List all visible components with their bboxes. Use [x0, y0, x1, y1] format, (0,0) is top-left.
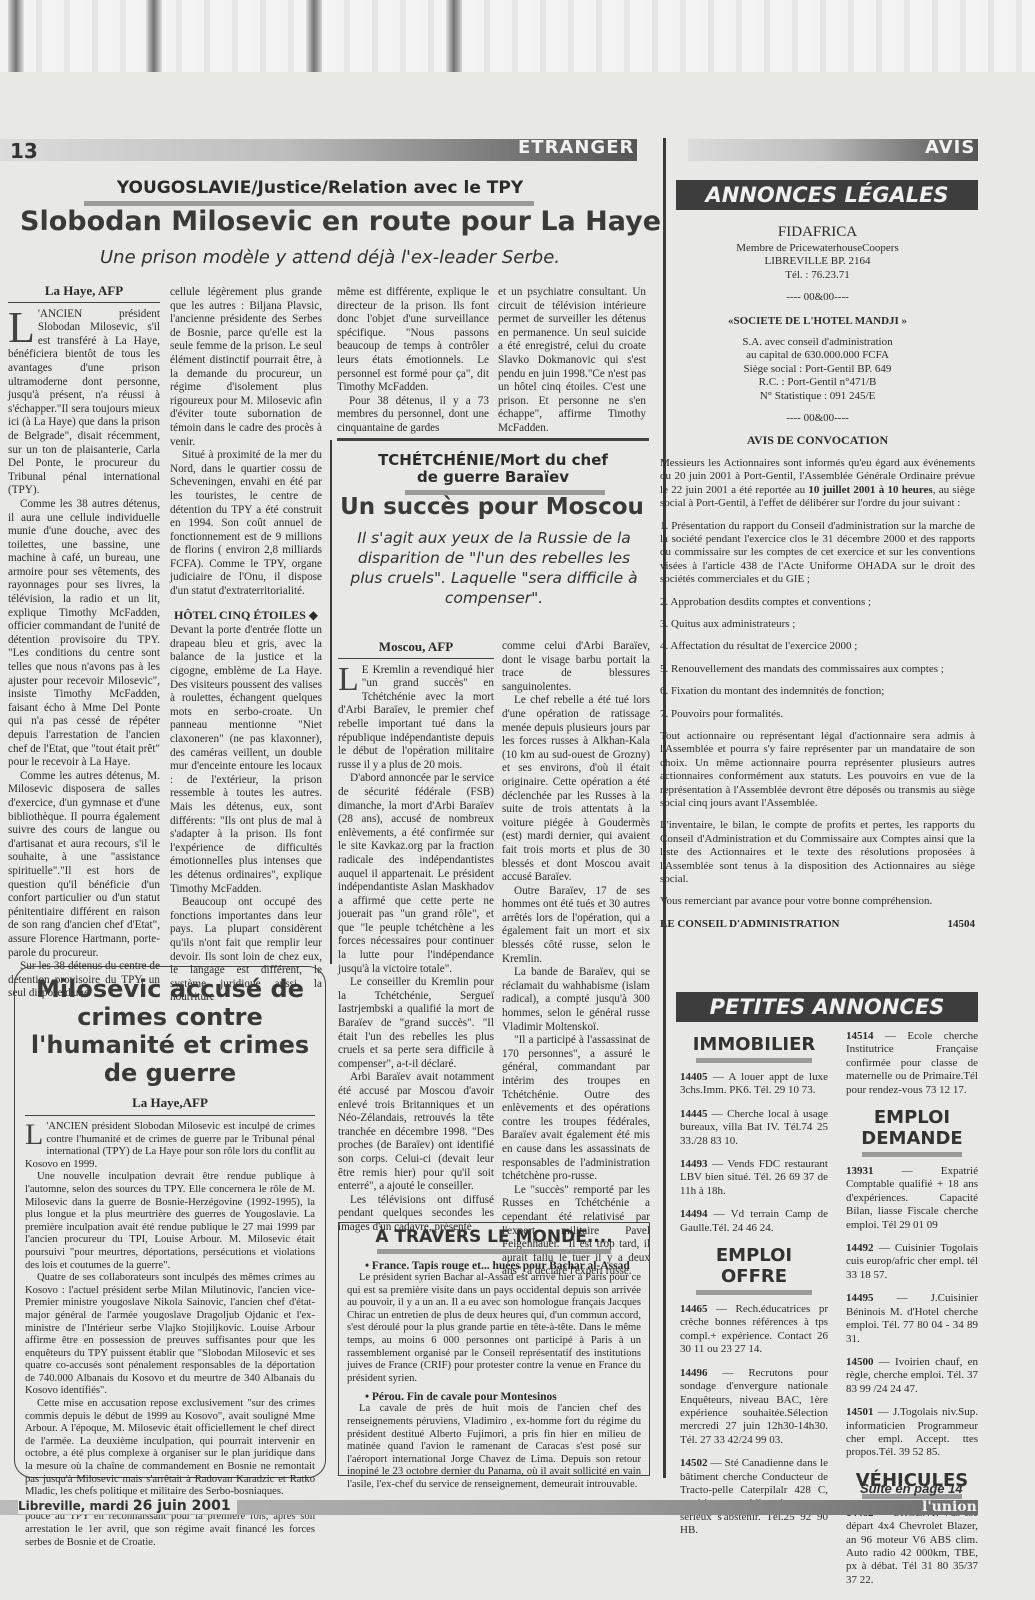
paragraph: Le chef rebelle a été tué lors d'une opé…: [502, 694, 650, 884]
column-divider: [330, 440, 332, 964]
legal-banner: ANNONCES LÉGALES: [676, 180, 978, 210]
world-brief-item: • Pérou. Fin de cavale pour Montesinos L…: [347, 1391, 641, 1491]
ad-ref: 14495: [846, 1292, 874, 1304]
chechnya-headline: Un succès pour Moscou: [336, 494, 648, 520]
article-headline: Slobodan Milosevic en route pour La Haye: [20, 206, 640, 237]
firm-line: LIBREVILLE BP. 2164: [660, 255, 975, 268]
classified-ad: 14502 — Sté Canadienne dans le bâtiment …: [680, 1457, 828, 1537]
chechnya-column-1: Moscou, AFP L E Kremlin a revendiqué hie…: [338, 640, 494, 1235]
section-title: ETRANGER: [518, 137, 634, 158]
company-name: «SOCIETE DE L'HOTEL MANDJI »: [660, 315, 975, 328]
ad-ref: 14493: [680, 1158, 708, 1170]
classified-ad: 14465 — Rech.éducatrices pr crèche bonne…: [680, 1303, 828, 1357]
ad-ref: 13931: [846, 1165, 874, 1177]
category-underline: [862, 1152, 962, 1157]
paragraph: Cette mise en accusation repose exclusiv…: [25, 1398, 315, 1499]
paragraph: La bande de Baraïev, qui se réclamait du…: [502, 966, 650, 1034]
firm-name: FIDAFRICA: [660, 222, 975, 242]
chechnya-kicker: TCHÉTCHÉNIE/Mort du chef de guerre Baraï…: [340, 452, 646, 486]
item-heading: • Pérou. Fin de cavale pour Montesinos: [365, 1391, 641, 1403]
notice-paragraph: L'inventaire, le bilan, le compte de pro…: [660, 819, 975, 886]
page-number: 13: [10, 139, 38, 163]
reference-number: 14504: [948, 918, 976, 931]
article-kicker: YOUGOSLAVIE/Justice/Relation avec le TPY: [80, 178, 560, 198]
classified-ad: 14493 — Vends FDC restaurant LBV bien si…: [680, 1158, 828, 1198]
section-divider: [337, 438, 649, 441]
notice-signature-row: LE CONSEIL D'ADMINISTRATION 14504: [660, 918, 975, 931]
article-column-2: cellule légèrement plus grande que les a…: [170, 286, 322, 1005]
subhead: HÔTEL CINQ ÉTOILES ◆: [170, 609, 322, 623]
scan-shadow: [306, 0, 322, 72]
scan-shadow: [146, 0, 162, 72]
chechnya-deck: Il s'agit aux yeux de la Russie de la di…: [344, 528, 644, 608]
classified-ad: 14405 — A louer appt de luxe 3chs.Imm. P…: [680, 1071, 828, 1098]
agenda-item: 5. Renouvellement des mandats des commis…: [660, 663, 975, 676]
company-line: au capital de 630.000.000 FCFA: [660, 349, 975, 362]
category-heading: EMPLOI DEMANDE: [846, 1107, 978, 1149]
company-line: N° Statistique : 091 245/E: [660, 390, 975, 403]
legal-notice: FIDAFRICA Membre de PricewaterhouseCoope…: [660, 222, 975, 931]
ad-ref: 14514: [846, 1030, 874, 1042]
paragraph: Comme les 38 autres détenus, il aura une…: [8, 498, 160, 770]
box-headline: Milosevic accusé de crimes contre l'huma…: [25, 975, 315, 1087]
scan-shadow: [446, 0, 462, 72]
item-heading: • France. Tapis rouge et... huées pour B…: [365, 1260, 641, 1272]
dateline: Moscou, AFP: [338, 640, 494, 659]
category-heading: EMPLOI OFFRE: [680, 1245, 828, 1287]
notice-paragraph: Tout actionnaire ou représentant légal d…: [660, 730, 975, 810]
firm-line: Tél. : 76.23.71: [660, 269, 975, 282]
footer-city-day: Libreville, mardi: [18, 1499, 129, 1513]
notice-closing: Vous remerciant par avance pour votre bo…: [660, 895, 975, 908]
article-deck: Une prison modèle y attend déjà l'ex-lea…: [80, 247, 580, 268]
ad-ref: 14465: [680, 1303, 708, 1315]
agenda-item: 3. Quitus aux administrateurs ;: [660, 618, 975, 631]
box-body: L 'ANCIEN président Slobodan Milosevic e…: [25, 1121, 315, 1549]
world-brief-item: • France. Tapis rouge et... huées pour B…: [347, 1260, 641, 1385]
separator: ---- 00&00----: [660, 412, 975, 425]
signature: LE CONSEIL D'ADMINISTRATION: [660, 918, 840, 931]
ad-ref: 14502: [680, 1457, 708, 1469]
paragraph: Outre Baraïev, 17 de ses hommes ont été …: [502, 885, 650, 967]
drop-cap: L: [338, 666, 362, 694]
classifieds-left-column: IMMOBILIER 14405 — A louer appt de luxe …: [680, 1026, 828, 1548]
paragraph: E Kremlin a revendiqué hier "un grand su…: [338, 664, 494, 773]
drop-cap: L: [8, 310, 38, 346]
agenda-item: 1. Présentation du rapport du Conseil d'…: [660, 520, 975, 587]
section-title-avis: AVIS: [925, 137, 975, 158]
paragraph: Quatre de ses collaborateurs sont inculp…: [25, 1272, 315, 1398]
classified-ad: 13931 — Expatrié Comptable qualifié + 18…: [846, 1165, 978, 1232]
paragraph: cellule légèrement plus grande que les a…: [170, 286, 322, 449]
classified-ad: 14496 — Recrutons pour sondage d'envergu…: [680, 1367, 828, 1447]
ad-ref: 14496: [680, 1367, 708, 1379]
article-column-3: même est différente, explique le directe…: [337, 286, 489, 436]
ad-ref: 14494: [680, 1208, 708, 1220]
classified-ad: 14495 — J.Cuisinier Béninois M. d'Hotel …: [846, 1292, 978, 1346]
paragraph: "Il a participé à l'assassinat de 170 pe…: [502, 1034, 650, 1184]
ad-ref: 14445: [680, 1108, 708, 1120]
classified-ad: 14445 — Cherche local à usage bureaux, v…: [680, 1108, 828, 1148]
meeting-date: 10 juillet 2001 à 10 heures: [808, 484, 932, 496]
scan-margin: [0, 0, 1035, 72]
chechnya-column-2: comme celui d'Arbi Baraïev, dont le visa…: [502, 640, 650, 1279]
paragraph: Comme les autres détenus, M. Milosevic d…: [8, 770, 160, 960]
agenda-item: 6. Fixation du montant des indemnités de…: [660, 685, 975, 698]
paragraph: Une nouvelle inculpation devrait être re…: [25, 1171, 315, 1272]
classified-ad: 14501 — J.Togolais niv.Sup. informaticie…: [846, 1406, 978, 1460]
item-text: Le président syrien Bachar al-Assad est …: [347, 1272, 641, 1385]
ad-ref: 14500: [846, 1356, 874, 1368]
paragraph: 'ANCIEN président Slobodan Milosevic est…: [25, 1121, 315, 1171]
paragraph: Devant la porte d'entrée flotte un drape…: [170, 624, 322, 896]
company-line: S.A. avec conseil d'administration: [660, 336, 975, 349]
separator: ---- 00&00----: [660, 291, 975, 304]
dateline: La Haye,AFP: [25, 1095, 315, 1116]
paragraph: Arbi Baraïev avait notamment été accusé …: [338, 1071, 494, 1193]
agenda-item: 7. Pouvoirs pour formalités.: [660, 708, 975, 721]
world-brief-box: À TRAVERS LE MONDE.... • France. Tapis r…: [338, 1222, 650, 1476]
article-column-1: La Haye, AFP L 'ANCIEN président Sloboda…: [8, 284, 160, 1001]
paragraph: comme celui d'Arbi Baraïev, dont le visa…: [502, 640, 650, 694]
kicker-line-1: TCHÉTCHÉNIE/Mort du chef: [340, 452, 646, 469]
classified-ad: 14494 — Vd terrain Camp de Gaulle.Tél. 2…: [680, 1208, 828, 1235]
footer-date-value: 26 juin 2001: [133, 1498, 231, 1514]
item-text: La cavale de près de huit mois de l'anci…: [347, 1403, 641, 1491]
classified-ad: 14500 — Ivoirien chauf, en règle, cherch…: [846, 1356, 978, 1396]
paragraph: Pour 38 détenus, il y a 73 membres du pe…: [337, 395, 489, 436]
notice-intro: Messieurs les Actionnaires sont informés…: [660, 457, 975, 511]
paragraph: même est différente, explique le directe…: [337, 286, 489, 395]
company-line: Siège social : Port-Gentil BP. 649: [660, 363, 975, 376]
sidebar-article-box: Milosevic accusé de crimes contre l'huma…: [14, 966, 326, 1478]
article-column-4: et un psychiatre consultant. Un circuit …: [498, 286, 646, 436]
classified-ad: 14462 — URGENT. Vds cse départ 4x4 Chevr…: [846, 1507, 978, 1587]
newspaper-logo: l'union: [922, 1499, 977, 1515]
world-brief-title: À TRAVERS LE MONDE....: [347, 1227, 641, 1247]
kicker-line-2: de guerre Baraïev: [340, 469, 646, 486]
category-underline: [696, 1290, 812, 1295]
paragraph: Le conseiller du Kremlin pour la Tchétch…: [338, 976, 494, 1071]
drop-cap: L: [25, 1123, 46, 1147]
company-line: R.C. : Port-Gentil n°471/B: [660, 376, 975, 389]
footer-date: Libreville, mardi 26 juin 2001: [18, 1498, 237, 1514]
notice-title: AVIS DE CONVOCATION: [660, 434, 975, 447]
classifieds-banner: PETITES ANNONCES: [676, 992, 978, 1022]
paragraph: et un psychiatre consultant. Un circuit …: [498, 286, 646, 436]
agenda-item: 4. Affectation du résultat de l'exercice…: [660, 640, 975, 653]
ad-ref: 14405: [680, 1071, 708, 1083]
continued-note: Suite en page 14: [860, 1481, 963, 1496]
agenda-item: 2. Approbation desdits comptes et conven…: [660, 596, 975, 609]
ad-ref: 14501: [846, 1406, 874, 1418]
title-underline: [377, 1249, 611, 1254]
paragraph: D'abord annoncée par le service de sécur…: [338, 772, 494, 976]
classified-ad: 14492 — Cuisinier Togolais cuis europ/af…: [846, 1242, 978, 1282]
category-heading: IMMOBILIER: [680, 1034, 828, 1055]
scan-shadow: [8, 0, 24, 72]
firm-line: Membre de PricewaterhouseCoopers: [660, 242, 975, 255]
dateline: La Haye, AFP: [8, 284, 160, 303]
category-underline: [696, 1058, 812, 1063]
classified-ad: 14514 — Ecole cherche Institutrice Franç…: [846, 1030, 978, 1097]
ad-ref: 14492: [846, 1242, 874, 1254]
paragraph: Situé à proximité de la mer du Nord, dan…: [170, 449, 322, 599]
